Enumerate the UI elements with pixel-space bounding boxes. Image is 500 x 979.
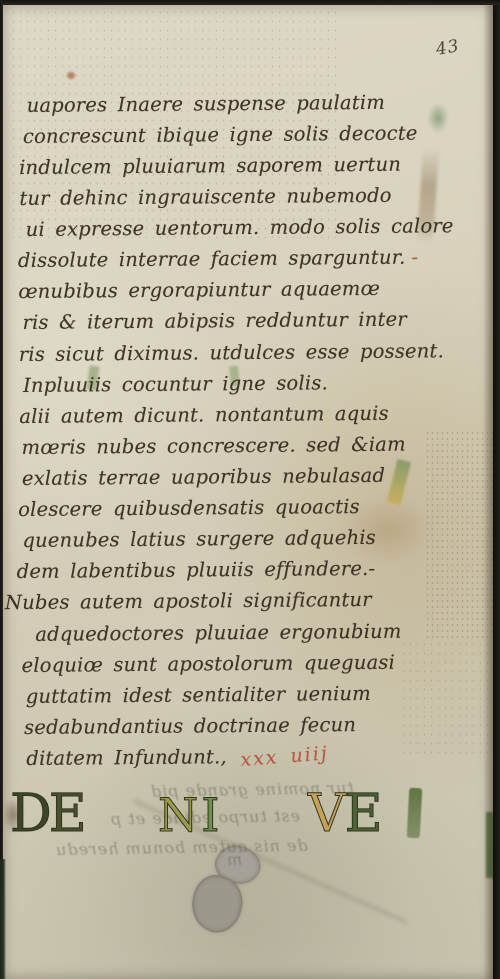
manuscript-line: alii autem dicunt. nontantum aquis	[19, 402, 389, 428]
manuscript-line: ris sicut diximus. utdulces esse possent…	[19, 339, 444, 366]
rubric-chapter-numeral: xxx uiij	[240, 742, 330, 771]
display-letter-e1: E	[49, 784, 88, 844]
manuscript-line-text: ditatem Infundunt.,	[26, 745, 227, 770]
page-edge-shadow	[483, 0, 493, 979]
rubric-dash: -	[411, 246, 418, 269]
manuscript-line-text: dissolute interrae faciem sparguntur.	[18, 246, 406, 272]
manuscript-line: Inpluuiis cocuntur igne solis.	[23, 371, 328, 397]
manuscript-line: dissolute interrae faciem sparguntur.-	[18, 246, 418, 272]
manuscript-line: adquedoctores pluuiae ergonubium	[35, 620, 401, 646]
manuscript-line: exlatis terrae uaporibus nebulasad	[22, 464, 385, 490]
manuscript-line: eloquiœ sunt apostolorum queguasi	[21, 651, 395, 677]
photo-border-left	[0, 0, 3, 979]
manuscript-line: œnubibus ergorapiuntur aquaemœ	[18, 277, 380, 303]
manuscript-line: uapores Inaere suspense paulatim	[27, 91, 386, 117]
display-word-ni: NI	[158, 788, 220, 842]
display-word-ve: VE	[308, 784, 384, 844]
manuscript-line: ris & iterum abipsis redduntur inter	[22, 308, 407, 334]
display-letter-v: V	[308, 784, 347, 844]
display-letter-e2: E	[345, 784, 384, 844]
display-letter-n: N	[158, 788, 199, 842]
photo-border-right	[493, 0, 500, 979]
manuscript-line: mœris nubes concrescere. sed &iam	[22, 433, 406, 459]
manuscript-line: Nubes autem apostoli significantur	[5, 588, 372, 614]
manuscript-photo: { "page": { "folio_number": "43", "lines…	[0, 0, 500, 979]
display-letter-i: I	[201, 788, 220, 842]
manuscript-line: tur dehinc ingrauiscente nubemodo	[19, 184, 391, 210]
manuscript-line: olescere quibusdensatis quoactis	[18, 495, 360, 521]
manuscript-line: indulcem pluuiarum saporem uertun	[19, 153, 401, 179]
display-word-de: DE	[10, 784, 88, 844]
manuscript-line: guttatim idest sentialiter uenium	[26, 682, 371, 708]
manuscript-line: ui expresse uentorum. modo solis calore	[26, 214, 454, 241]
manuscript-line: concrescunt ibique igne solis decocte	[23, 122, 418, 148]
display-title: DE NI VE	[0, 784, 500, 854]
manuscript-line: sedabundantius doctrinae fecun	[24, 713, 356, 739]
manuscript-line: ditatem Infundunt.,xxx uiij	[26, 744, 329, 770]
manuscript-line: dem labentibus pluuiis effundere.-	[17, 557, 376, 583]
photo-border-top	[0, 0, 500, 5]
photo-border-left-bottom	[0, 859, 6, 979]
display-letter-d: D	[10, 784, 53, 844]
manuscript-line: quenubes latius surgere adquehis	[22, 526, 376, 552]
